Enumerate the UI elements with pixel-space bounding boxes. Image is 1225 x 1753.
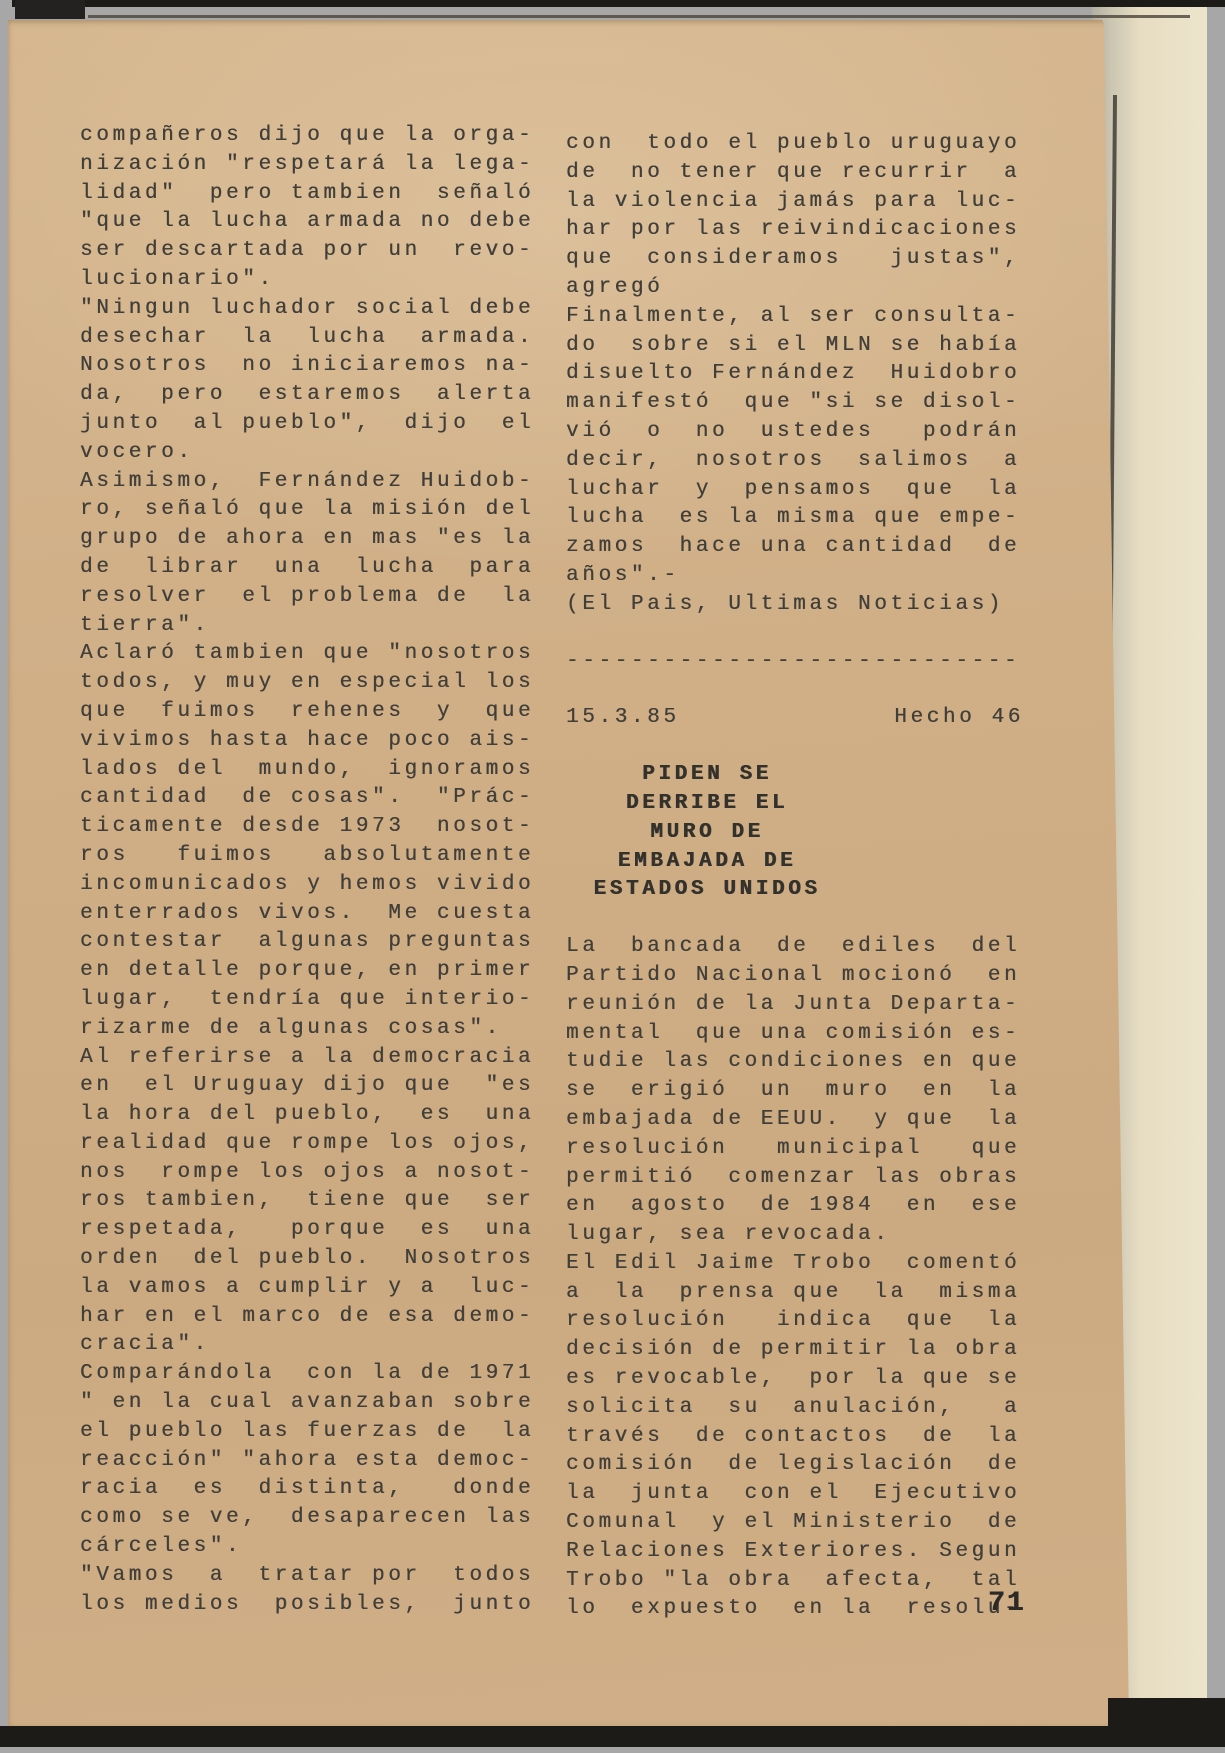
text-line: cárceles". xyxy=(80,1533,550,1562)
text-line: La bancada de ediles del xyxy=(566,933,1024,962)
text-line: respetada, porque es una xyxy=(80,1216,550,1245)
scan-bottom-bar xyxy=(0,1726,1225,1747)
document-page: compañeros dijo que la orga-nización "re… xyxy=(8,20,1143,1726)
text-line: a la prensa que la misma xyxy=(566,1279,1024,1308)
text-line: disuelto Fernández Huidobro xyxy=(566,360,1024,389)
text-line: años".- xyxy=(566,562,1024,591)
dateline: 15.3.85 Hecho 46 xyxy=(566,704,1024,733)
text-line: es revocable, por la que se xyxy=(566,1365,1024,1394)
text-line: los medios posibles, junto xyxy=(80,1591,550,1620)
text-line: junto al pueblo", dijo el xyxy=(80,410,550,439)
text-line: Nosotros no iniciaremos na- xyxy=(80,352,550,381)
text-line: en detalle porque, en primer xyxy=(80,957,550,986)
headline: PIDEN SEDERRIBE ELMURO DEEMBAJADA DEESTA… xyxy=(566,761,848,905)
text-line: la hora del pueblo, es una xyxy=(80,1101,550,1130)
text-line: permitió comenzar las obras xyxy=(566,1164,1024,1193)
text-line: en agosto de 1984 en ese xyxy=(566,1192,1024,1221)
text-line: ticamente desde 1973 nosot- xyxy=(80,813,550,842)
text-line: vió o no ustedes podrán xyxy=(566,418,1024,447)
text-line: PIDEN SE xyxy=(566,761,848,790)
text-line: enterrados vivos. Me cuesta xyxy=(80,900,550,929)
text-line: tudie las condiciones en que xyxy=(566,1048,1024,1077)
text-line: racia es distinta, donde xyxy=(80,1475,550,1504)
story2-text: La bancada de ediles delPartido Nacional… xyxy=(566,933,1024,1624)
text-line: reacción" "ahora esta democ- xyxy=(80,1447,550,1476)
text-line: la vamos a cumplir y a luc- xyxy=(80,1274,550,1303)
text-line: da, pero estaremos alerta xyxy=(80,381,550,410)
text-line: "Vamos a tratar por todos xyxy=(80,1562,550,1591)
text-line: lados del mundo, ignoramos xyxy=(80,756,550,785)
story1-text: con todo el pueblo uruguayode no tener q… xyxy=(566,130,1024,620)
text-line: manifestó que "si se disol- xyxy=(566,389,1024,418)
text-line: orden del pueblo. Nosotros xyxy=(80,1245,550,1274)
text-line: Comparándola con la de 1971 xyxy=(80,1360,550,1389)
left-column-text: compañeros dijo que la orga-nización "re… xyxy=(80,122,550,1619)
text-line: Comunal y el Ministerio de xyxy=(566,1509,1024,1538)
text-line: ESTADOS UNIDOS xyxy=(566,876,848,905)
text-line: desechar la lucha armada. xyxy=(80,324,550,353)
text-line: har por las reivindicaciones xyxy=(566,216,1024,245)
text-line: la junta con el Ejecutivo xyxy=(566,1480,1024,1509)
text-line: Aclaró tambien que "nosotros xyxy=(80,640,550,669)
text-line: la violencia jamás para luc- xyxy=(566,188,1024,217)
text-line: luchar y pensamos que la xyxy=(566,476,1024,505)
text-line: MURO DE xyxy=(566,819,848,848)
text-line: Trobo "la obra afecta, tal xyxy=(566,1567,1024,1596)
text-line: incomunicados y hemos vivido xyxy=(80,871,550,900)
text-line: resolución indica que la xyxy=(566,1307,1024,1336)
right-column: con todo el pueblo uruguayode no tener q… xyxy=(566,130,1024,1624)
text-line: grupo de ahora en mas "es la xyxy=(80,525,550,554)
text-line: tierra". xyxy=(80,612,550,641)
text-line: Al referirse a la democracia xyxy=(80,1044,550,1073)
text-line: se erigió un muro en la xyxy=(566,1077,1024,1106)
text-line: decisión de permitir la obra xyxy=(566,1336,1024,1365)
text-line: (El Pais, Ultimas Noticias) xyxy=(566,591,1024,620)
text-line: embajada de EEUU. y que la xyxy=(566,1106,1024,1135)
page-top-edge-line xyxy=(88,15,1190,18)
scan-top-left-block xyxy=(15,0,85,19)
text-line: Asimismo, Fernández Huidob- xyxy=(80,468,550,497)
text-line: comisión de legislación de xyxy=(566,1451,1024,1480)
text-line: como se ve, desaparecen las xyxy=(80,1504,550,1533)
page-number: 71 xyxy=(988,1588,1026,1619)
text-line: cantidad de cosas". "Prác- xyxy=(80,784,550,813)
text-line: Finalmente, al ser consulta- xyxy=(566,303,1024,332)
text-line: lidad" pero tambien señaló xyxy=(80,180,550,209)
text-line: de no tener que recurrir a xyxy=(566,159,1024,188)
text-line: cracia". xyxy=(80,1331,550,1360)
text-line: mental que una comisión es- xyxy=(566,1020,1024,1049)
text-line: DERRIBE EL xyxy=(566,790,848,819)
date-label: 15.3.85 xyxy=(566,704,680,733)
text-line: el pueblo las fuerzas de la xyxy=(80,1418,550,1447)
text-line: "Ningun luchador social debe xyxy=(80,295,550,324)
text-line: resolver el problema de la xyxy=(80,583,550,612)
text-line: lucionario". xyxy=(80,266,550,295)
text-line: "que la lucha armada no debe xyxy=(80,208,550,237)
text-line: de librar una lucha para xyxy=(80,554,550,583)
text-line: nización "respetará la lega- xyxy=(80,151,550,180)
text-line: lo expuesto en la resolu- xyxy=(566,1595,1024,1624)
text-line: rizarme de algunas cosas". xyxy=(80,1015,550,1044)
text-line: compañeros dijo que la orga- xyxy=(80,122,550,151)
text-line: EMBAJADA DE xyxy=(566,848,848,877)
text-line: en el Uruguay dijo que "es xyxy=(80,1072,550,1101)
text-line: través de contactos de la xyxy=(566,1423,1024,1452)
text-line: ser descartada por un revo- xyxy=(80,237,550,266)
text-line: agregó xyxy=(566,274,1024,303)
hecho-number-label: Hecho 46 xyxy=(894,704,1024,733)
text-line: contestar algunas preguntas xyxy=(80,928,550,957)
text-line: El Edil Jaime Trobo comentó xyxy=(566,1250,1024,1279)
text-line: " en la cual avanzaban sobre xyxy=(80,1389,550,1418)
text-line: Relaciones Exteriores. Segun xyxy=(566,1538,1024,1567)
scan-top-bar xyxy=(12,0,1225,7)
text-line: decir, nosotros salimos a xyxy=(566,447,1024,476)
text-line: resolución municipal que xyxy=(566,1135,1024,1164)
separator-line: ---------------------------- xyxy=(566,648,1024,677)
text-line: ros tambien, tiene que ser xyxy=(80,1187,550,1216)
text-line: nos rompe los ojos a nosot- xyxy=(80,1159,550,1188)
text-line: que consideramos justas", xyxy=(566,245,1024,274)
text-line: vocero. xyxy=(80,439,550,468)
text-line: reunión de la Junta Departa- xyxy=(566,991,1024,1020)
text-line: har en el marco de esa demo- xyxy=(80,1303,550,1332)
text-line: ros fuimos absolutamente xyxy=(80,842,550,871)
scanned-document-photo: compañeros dijo que la orga-nización "re… xyxy=(0,0,1225,1753)
text-line: lugar, tendría que interio- xyxy=(80,986,550,1015)
text-line: Partido Nacional mocionó en xyxy=(566,962,1024,991)
text-line: vivimos hasta hace poco ais- xyxy=(80,727,550,756)
text-line: con todo el pueblo uruguayo xyxy=(566,130,1024,159)
text-line: do sobre si el MLN se había xyxy=(566,332,1024,361)
text-line: realidad que rompe los ojos, xyxy=(80,1130,550,1159)
text-line: que fuimos rehenes y que xyxy=(80,698,550,727)
text-line: solicita su anulación, a xyxy=(566,1394,1024,1423)
text-line: todos, y muy en especial los xyxy=(80,669,550,698)
text-line: lugar, sea revocada. xyxy=(566,1221,1024,1250)
text-line: zamos hace una cantidad de xyxy=(566,533,1024,562)
text-line: ro, señaló que la misión del xyxy=(80,496,550,525)
text-line: lucha es la misma que empe- xyxy=(566,504,1024,533)
